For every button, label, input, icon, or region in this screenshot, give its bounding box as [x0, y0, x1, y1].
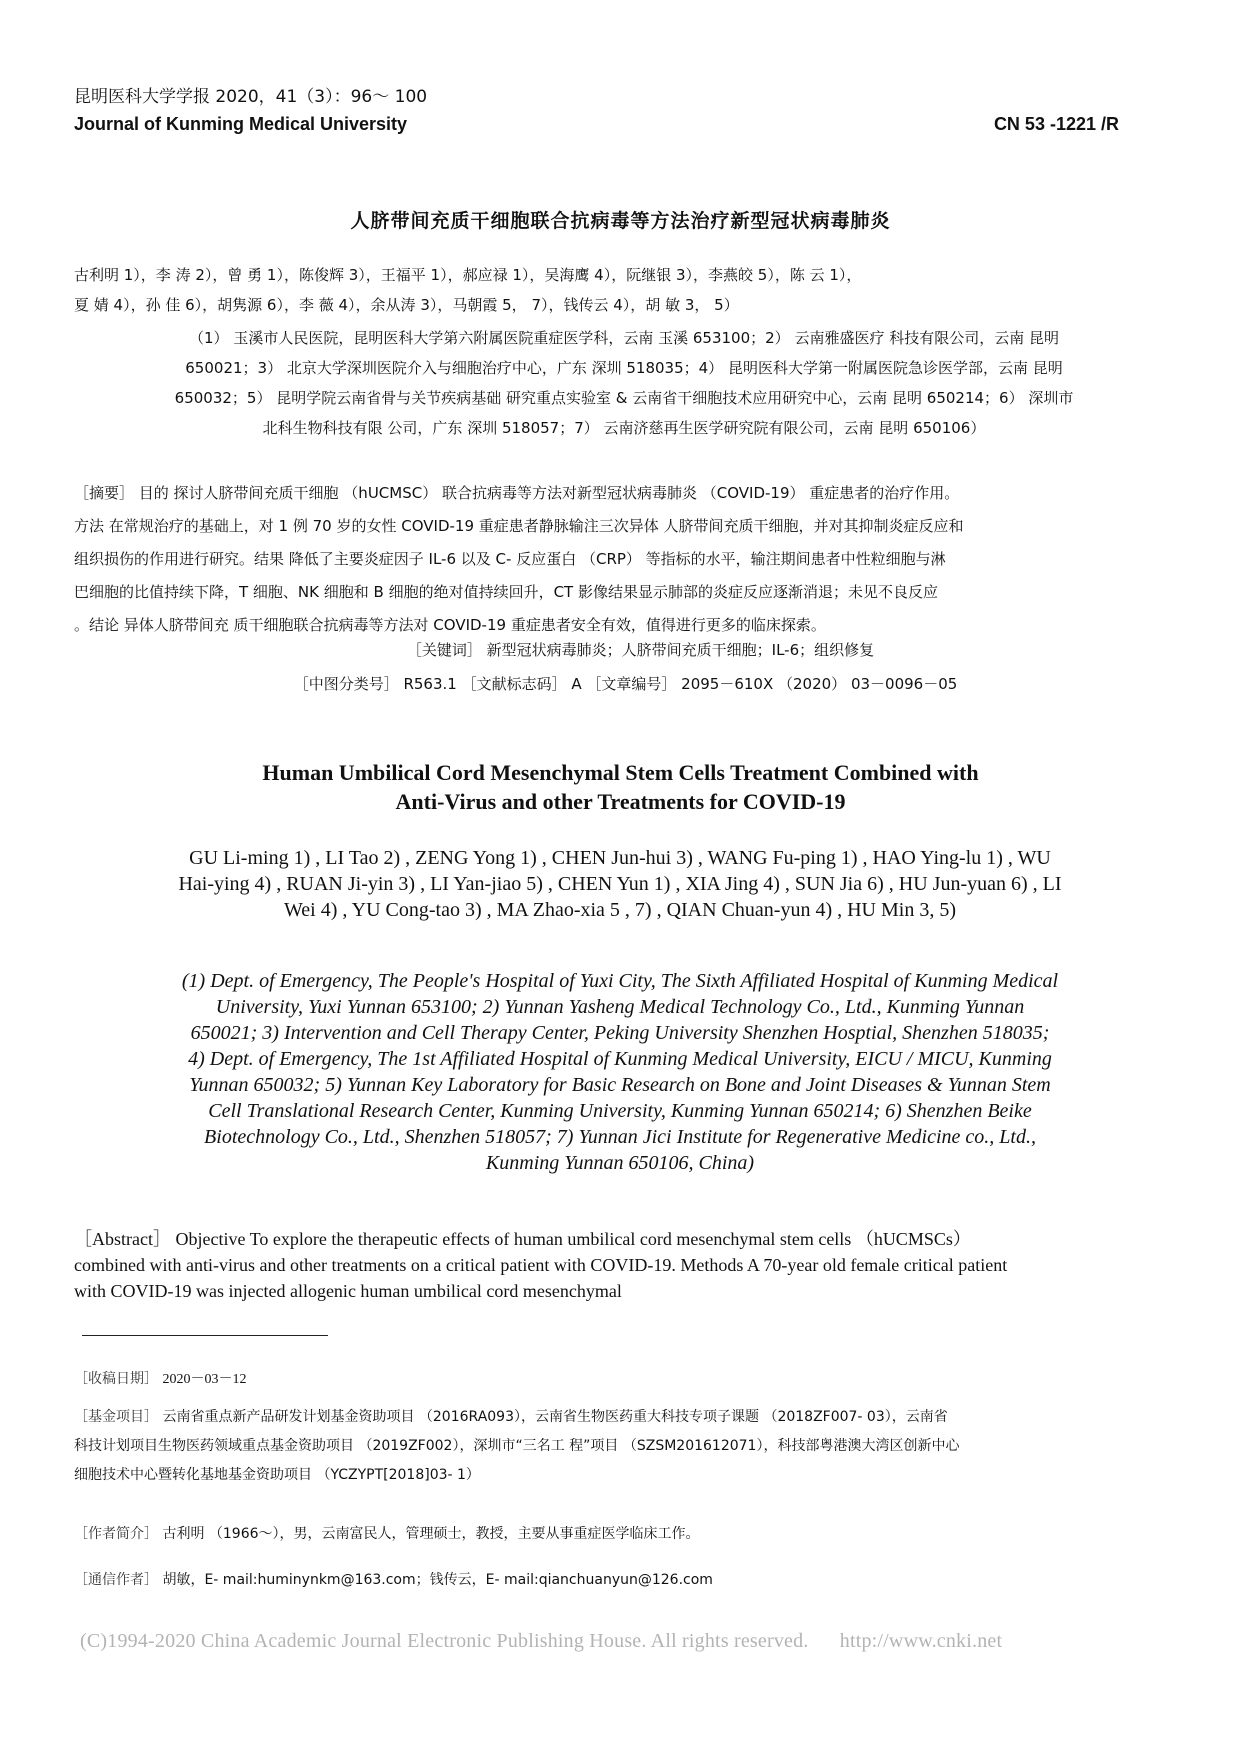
affiliation-en-line: (1) Dept. of Emergency, The People's Hos…: [100, 968, 1140, 994]
affiliation-en-line: Kunming Yunnan 650106, China): [100, 1150, 1140, 1176]
corresponding-author: ［通信作者］ 胡敏，E- mail:huminynkm@163.com；钱传云，…: [74, 1566, 1174, 1595]
abstract-cn-line: ［摘要］ 目的 探讨人脐带间充质干细胞 （hUCMSC） 联合抗病毒等方法对新型…: [74, 477, 1174, 510]
received-date: ［收稿日期］ 2020－03－12: [74, 1365, 1174, 1394]
fund-line: 云南省重点新产品研发计划基金资助项目 （2016RA093），云南省生物医药重大…: [162, 1409, 947, 1425]
paper-title-en: Human Umbilical Cord Mesenchymal Stem Ce…: [0, 758, 1241, 816]
authors-en-line: Hai-ying 4) , RUAN Ji-yin 3) , LI Yan-ji…: [110, 871, 1130, 897]
classification-cn: ［中图分类号］ R563.1 ［文献标志码］ A ［文章编号］ 2095－610…: [0, 673, 1241, 694]
keywords-cn: ［关键词］ 新型冠状病毒肺炎；人脐带间充质干细胞；IL-6；组织修复: [0, 639, 1241, 660]
paper-title-cn: 人脐带间充质干细胞联合抗病毒等方法治疗新型冠状病毒肺炎: [0, 206, 1241, 233]
abstract-en-line: combined with anti-virus and other treat…: [74, 1252, 1174, 1278]
affiliation-en-line: University, Yuxi Yunnan 653100; 2) Yunna…: [100, 994, 1140, 1020]
title-en-line: Anti-Virus and other Treatments for COVI…: [0, 787, 1241, 816]
received-value: 2020－03－12: [162, 1372, 246, 1387]
authors-en: GU Li-ming 1) , LI Tao 2) , ZENG Yong 1)…: [110, 845, 1130, 923]
abstract-cn-line: 方法 在常规治疗的基础上，对 1 例 70 岁的女性 COVID-19 重症患者…: [74, 510, 1174, 543]
abstract-cn-line: 。结论 异体人脐带间充 质干细胞联合抗病毒等方法对 COVID-19 重症患者安…: [74, 609, 1174, 642]
footnote-divider: [82, 1335, 328, 1336]
fund-line: 科技计划项目生物医药领域重点基金资助项目 （2019ZF002），深圳市“三名工…: [74, 1432, 1174, 1461]
journal-cn-code: CN 53 -1221 /R: [994, 114, 1119, 135]
copyright-text: (C)1994-2020 China Academic Journal Elec…: [80, 1630, 809, 1652]
journal-name-en: Journal of Kunming Medical University: [74, 114, 407, 135]
fund-line: 细胞技术中心暨转化基地基金资助项目 （YCZYPT[2018]03- 1）: [74, 1461, 1174, 1490]
abstract-en: ［Abstract］ Objective To explore the ther…: [74, 1226, 1174, 1304]
affiliation-cn-line: 650032；5） 昆明学院云南省骨与关节疾病基础 研究重点实验室 & 云南省干…: [74, 383, 1174, 413]
affiliation-en-line: 4) Dept. of Emergency, The 1st Affiliate…: [100, 1046, 1140, 1072]
affiliation-cn-line: （1） 玉溪市人民医院，昆明医科大学第六附属医院重症医学科，云南 玉溪 6531…: [74, 323, 1174, 353]
abstract-cn: ［摘要］ 目的 探讨人脐带间充质干细胞 （hUCMSC） 联合抗病毒等方法对新型…: [74, 477, 1174, 642]
corr-label: ［通信作者］: [74, 1572, 158, 1588]
bio-label: ［作者简介］: [74, 1526, 158, 1542]
copyright-notice: (C)1994-2020 China Academic Journal Elec…: [80, 1630, 1180, 1653]
affiliation-en-line: Yunnan 650032; 5) Yunnan Key Laboratory …: [100, 1072, 1140, 1098]
fund-label: ［基金项目］: [74, 1409, 158, 1425]
bio-value: 古利明 （1966～），男，云南富民人，管理硕士，教授，主要从事重症医学临床工作…: [162, 1526, 699, 1542]
received-label: ［收稿日期］: [74, 1371, 158, 1387]
affiliation-en-line: 650021; 3) Intervention and Cell Therapy…: [100, 1020, 1140, 1046]
affiliation-cn-line: 650021；3） 北京大学深圳医院介入与细胞治疗中心，广东 深圳 518035…: [74, 353, 1174, 383]
abstract-en-line: with COVID-19 was injected allogenic hum…: [74, 1278, 1174, 1304]
affiliations-en: (1) Dept. of Emergency, The People's Hos…: [100, 968, 1140, 1176]
authors-en-line: GU Li-ming 1) , LI Tao 2) , ZENG Yong 1)…: [110, 845, 1130, 871]
author-bio: ［作者简介］ 古利明 （1966～），男，云南富民人，管理硕士，教授，主要从事重…: [74, 1520, 1174, 1549]
journal-citation-cn: 昆明医科大学学报 2020，41（3）：96～ 100: [74, 82, 427, 107]
affiliation-cn-line: 北科生物科技有限 公司，广东 深圳 518057；7） 云南济慈再生医学研究院有…: [74, 413, 1174, 443]
authors-cn: 古利明 1），李 涛 2），曾 勇 1），陈俊辉 3），王福平 1），郝应禄 1…: [74, 260, 1174, 320]
authors-cn-line: 古利明 1），李 涛 2），曾 勇 1），陈俊辉 3），王福平 1），郝应禄 1…: [74, 260, 1174, 290]
affiliations-cn: （1） 玉溪市人民医院，昆明医科大学第六附属医院重症医学科，云南 玉溪 6531…: [74, 323, 1174, 443]
cnki-link[interactable]: http://www.cnki.net: [840, 1630, 1002, 1652]
corr-value: 胡敏，E- mail:huminynkm@163.com；钱传云，E- mail…: [162, 1572, 712, 1588]
abstract-cn-line: 巴细胞的比值持续下降，T 细胞、NK 细胞和 B 细胞的绝对值持续回升，CT 影…: [74, 576, 1174, 609]
fund-projects: ［基金项目］ 云南省重点新产品研发计划基金资助项目 （2016RA093），云南…: [74, 1403, 1174, 1490]
authors-en-line: Wei 4) , YU Cong-tao 3) , MA Zhao-xia 5 …: [110, 897, 1130, 923]
authors-cn-line: 夏 婧 4），孙 佳 6），胡隽源 6），李 薇 4），余从涛 3），马朝霞 5…: [74, 290, 1174, 320]
abstract-en-line: ［Abstract］ Objective To explore the ther…: [74, 1226, 1174, 1252]
affiliation-en-line: Cell Translational Research Center, Kunm…: [100, 1098, 1140, 1124]
affiliation-en-line: Biotechnology Co., Ltd., Shenzhen 518057…: [100, 1124, 1140, 1150]
abstract-cn-line: 组织损伤的作用进行研究。结果 降低了主要炎症因子 IL-6 以及 C- 反应蛋白…: [74, 543, 1174, 576]
title-en-line: Human Umbilical Cord Mesenchymal Stem Ce…: [0, 758, 1241, 787]
